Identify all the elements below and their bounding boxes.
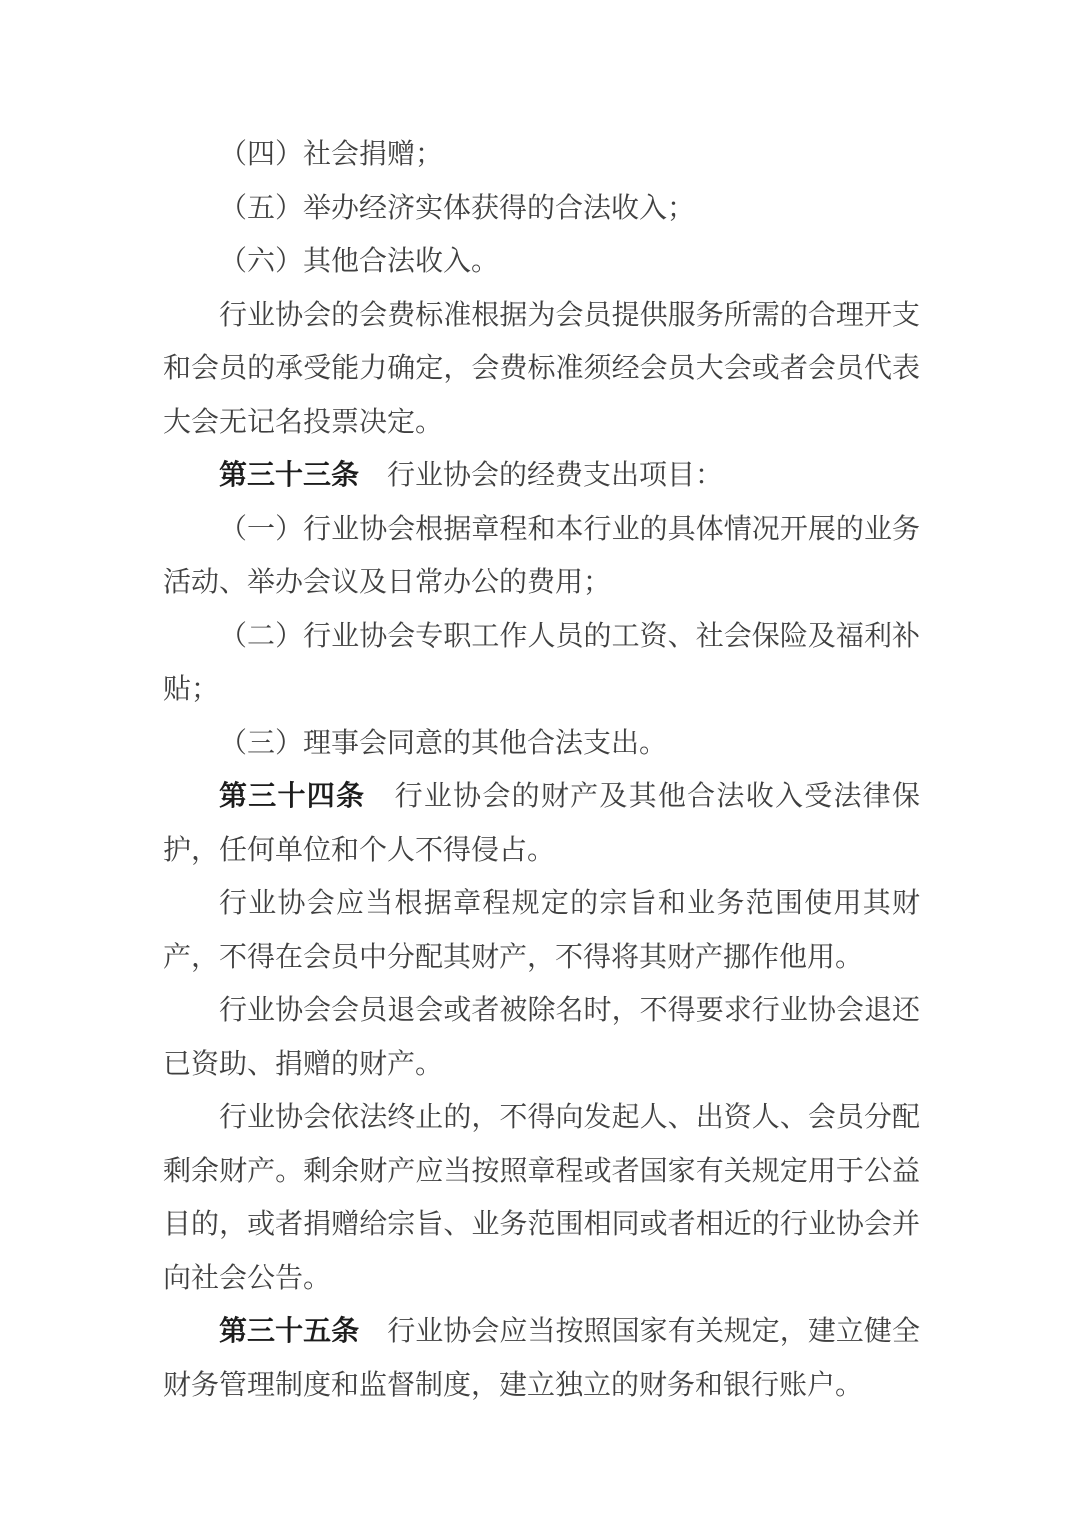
document-page: （四）社会捐赠；（五）举办经济实体获得的合法收入；（六）其他合法收入。行业协会的… (0, 0, 1074, 1520)
paragraph: （五）举办经济实体获得的合法收入； (163, 182, 920, 236)
article-number: 第三十三条 (219, 460, 359, 491)
paragraph: （三）理事会同意的其他合法支出。 (163, 717, 920, 771)
paragraph: （六）其他合法收入。 (163, 235, 920, 289)
article-number: 第三十四条 (219, 781, 365, 812)
article-paragraph: 第三十四条 行业协会的财产及其他合法收入受法律保护，任何单位和个人不得侵占。 (163, 770, 920, 877)
paragraph: （二）行业协会专职工作人员的工资、社会保险及福利补贴； (163, 610, 920, 717)
document-body: （四）社会捐赠；（五）举办经济实体获得的合法收入；（六）其他合法收入。行业协会的… (163, 128, 920, 1412)
paragraph: 行业协会应当根据章程规定的宗旨和业务范围使用其财产，不得在会员中分配其财产，不得… (163, 877, 920, 984)
paragraph: 行业协会的会费标准根据为会员提供服务所需的合理开支和会员的承受能力确定，会费标准… (163, 289, 920, 450)
paragraph: 行业协会会员退会或者被除名时，不得要求行业协会退还已资助、捐赠的财产。 (163, 984, 920, 1091)
article-paragraph: 第三十三条 行业协会的经费支出项目： (163, 449, 920, 503)
article-number: 第三十五条 (219, 1316, 359, 1347)
paragraph: （一）行业协会根据章程和本行业的具体情况开展的业务活动、举办会议及日常办公的费用… (163, 503, 920, 610)
article-paragraph: 第三十五条 行业协会应当按照国家有关规定，建立健全财务管理制度和监督制度，建立独… (163, 1305, 920, 1412)
paragraph: 行业协会依法终止的，不得向发起人、出资人、会员分配剩余财产。剩余财产应当按照章程… (163, 1091, 920, 1305)
paragraph: （四）社会捐赠； (163, 128, 920, 182)
